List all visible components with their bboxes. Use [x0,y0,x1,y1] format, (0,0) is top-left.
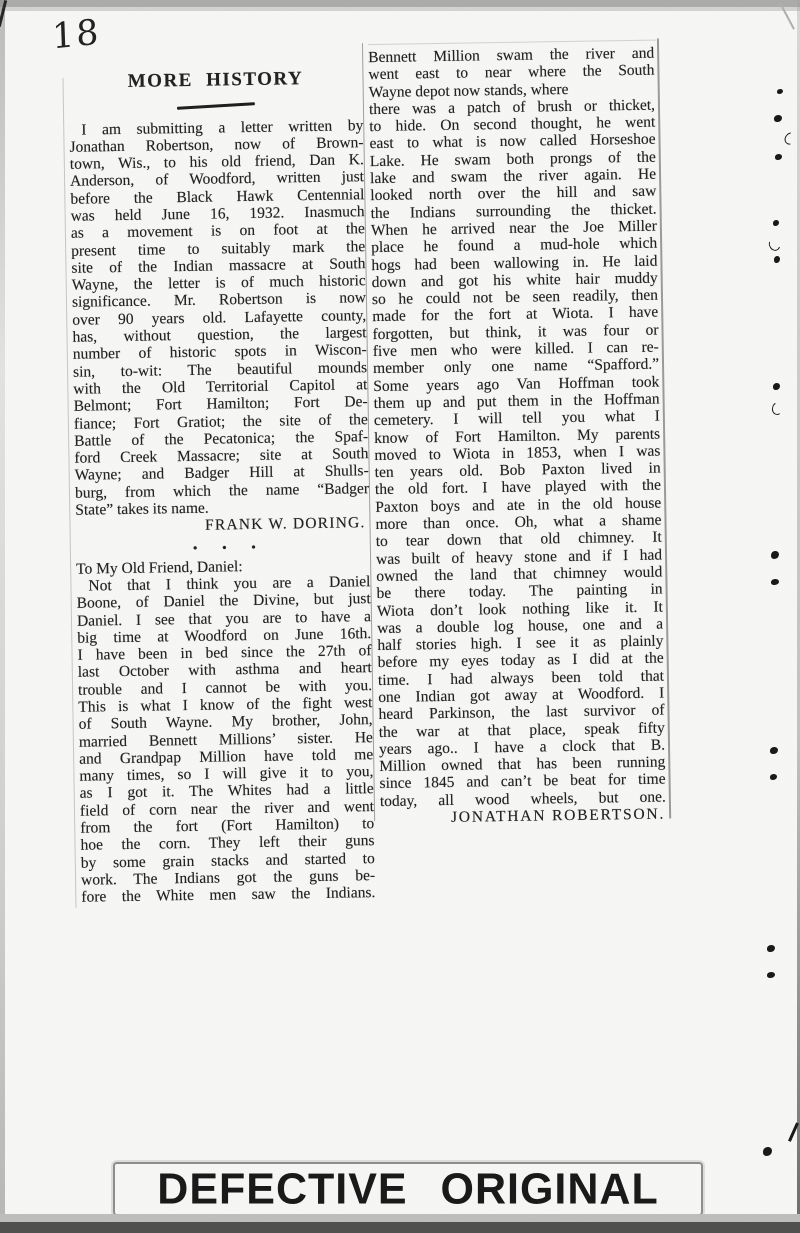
scan-top-edge [0,0,800,7]
ink-speck [763,1147,772,1156]
ink-speck [773,220,779,226]
right-column: Bennett Million swam the river andwent e… [368,45,666,828]
scanned-page: 18 MORE HISTORY I am submitting a letter… [0,0,800,1233]
ink-speck [771,551,779,559]
ink-speck [767,945,775,952]
defective-original-stamp: DEFECTIVE ORIGINAL [113,1162,703,1216]
letter-paragraph: Not that I think you are a DanielBoone, … [76,573,375,906]
letter-continuation: Bennett Million swam the river andwent e… [368,45,666,810]
ink-speck [767,972,775,978]
section-separator: • • • [76,537,370,558]
scan-top-edge-shadow [0,7,800,11]
ink-speck [773,383,780,390]
ink-speck [774,256,780,263]
stamp-text: DEFECTIVE ORIGINAL [157,1164,658,1214]
ink-speck [771,579,779,585]
scan-bottom-edge [0,1214,800,1222]
left-column: MORE HISTORY I am submitting a letter wr… [68,61,375,906]
ink-curl [767,236,782,252]
ink-curl [771,401,785,416]
text-line: fore the White men saw the Indians. [81,884,375,906]
ink-speck [774,115,782,122]
headline-rule [177,102,255,109]
article-title: MORE HISTORY [68,67,362,94]
scan-bottom-strip [0,1222,800,1233]
ink-speck [770,747,778,754]
ink-speck [775,154,782,160]
ink-speck [777,89,783,94]
scan-left-edge [0,0,5,1233]
newspaper-clipping: MORE HISTORY I am submitting a letter wr… [56,38,690,918]
intro-paragraph: I am submitting a letter written byJonat… [69,117,369,519]
ink-speck [770,774,777,780]
